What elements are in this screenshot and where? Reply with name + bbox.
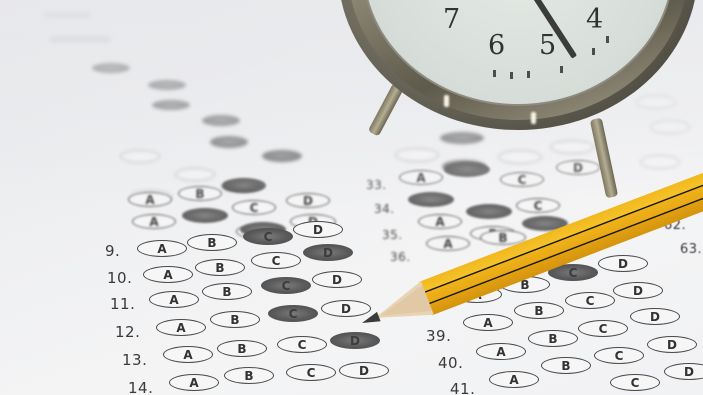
bubble-d-filled[interactable]: D — [303, 244, 353, 261]
bubble-a[interactable]: A — [169, 374, 219, 391]
bubble-c[interactable]: C — [277, 336, 327, 353]
clock-tick — [606, 36, 609, 43]
bubble-c[interactable]: C — [610, 374, 660, 391]
bubble-d[interactable]: D — [647, 336, 697, 353]
clock-tick — [527, 71, 530, 78]
clock-numeral: 7 — [443, 4, 460, 35]
bubble-b[interactable]: B — [202, 283, 252, 300]
bubble-b[interactable]: B — [541, 357, 591, 374]
question-number: 63. — [680, 242, 702, 257]
bubble-b[interactable]: B — [217, 340, 267, 357]
bubble-c[interactable]: C — [578, 320, 628, 337]
bubble-d[interactable]: D — [664, 363, 703, 380]
bubble-b[interactable]: B — [187, 234, 237, 251]
photo-scene: A B A C D D 9. A B C D 10. A B C — [0, 0, 703, 395]
bubble-d[interactable]: D — [630, 308, 680, 325]
bubble-c-filled[interactable]: C — [243, 228, 293, 245]
bubble-a[interactable]: A — [156, 319, 206, 336]
header-line — [50, 36, 110, 42]
clock-glare — [531, 112, 536, 124]
clock-numeral: 5 — [539, 30, 556, 61]
clock-tick — [493, 70, 496, 77]
bubble-a[interactable]: A — [489, 371, 539, 388]
bubble-a[interactable]: A — [143, 266, 193, 283]
clock-tick — [510, 72, 513, 79]
header-line — [45, 12, 90, 18]
bubble-a[interactable]: A — [163, 346, 213, 363]
bubble-d[interactable]: D — [339, 362, 389, 379]
clock-numeral: 4 — [586, 4, 603, 35]
bubble-c[interactable]: C — [251, 252, 301, 269]
clock-numeral: 6 — [488, 30, 505, 61]
bubble-b[interactable]: B — [224, 367, 274, 384]
clock-tick — [592, 48, 595, 55]
bubble-c[interactable]: C — [286, 364, 336, 381]
bubble-a[interactable]: A — [137, 240, 187, 257]
clock-tick — [560, 66, 563, 73]
bubble-d[interactable]: D — [613, 282, 663, 299]
bubble-b[interactable]: B — [210, 311, 260, 328]
bubble-d[interactable]: D — [598, 255, 648, 272]
bubble-d[interactable]: D — [293, 221, 343, 238]
bubble-a[interactable]: A — [149, 291, 199, 308]
bubble-b[interactable]: B — [195, 259, 245, 276]
bubble-d[interactable]: D — [312, 271, 362, 288]
bubble-c[interactable]: C — [594, 347, 644, 364]
bubble-b[interactable]: B — [514, 302, 564, 319]
bubble-a[interactable]: A — [463, 314, 513, 331]
bubble-c-filled[interactable]: C — [268, 305, 318, 322]
clock-glare — [444, 95, 449, 107]
bubble-c[interactable]: C — [565, 292, 615, 309]
bubble-c-filled[interactable]: C — [261, 277, 311, 294]
bubble-a[interactable]: A — [476, 343, 526, 360]
bubble-b[interactable]: B — [528, 330, 578, 347]
